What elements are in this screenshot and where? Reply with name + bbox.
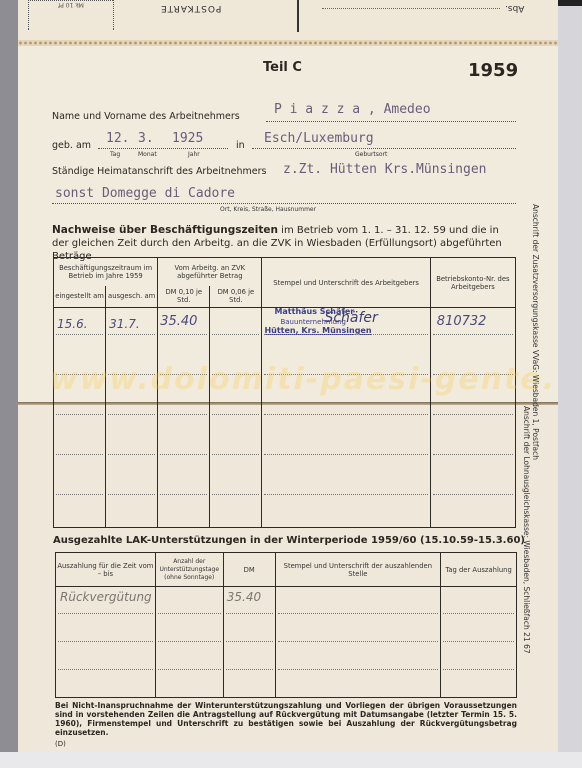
cell-hired: 15.6. [54, 308, 106, 528]
sender-label: Abs. [505, 3, 524, 13]
address-caption: Ort, Kreis, Straße, Hausnummer [220, 206, 316, 213]
header-account: Betriebskonto-Nr. des Arbeitgebers [430, 258, 515, 308]
form-code: (D) [55, 740, 66, 748]
address-line2: sonst Domegge di Cadore [55, 186, 235, 201]
account-value: 810732 [437, 318, 487, 326]
winter-cell-dm: 35.40 [223, 587, 275, 698]
side-text-zvk-address: Anschrift der Zusatzversorgungskasse VVa… [531, 204, 540, 460]
cell-dm006 [210, 308, 262, 528]
header-dm010: DM 0,10 je Std. [158, 286, 210, 308]
caption-year: Jahr [188, 151, 200, 158]
winter-table: Auszahlung für die Zeit vom – bis Anzahl… [55, 552, 517, 698]
cell-dm010: 35.40 [158, 308, 210, 528]
cell-stamp: Matthäus Schäfer Bauunternehmung Hütten,… [262, 308, 430, 528]
flap-divider [297, 0, 299, 32]
postage-stamp-box: Mk 10 Pf [28, 0, 114, 30]
winter-cell-date [441, 587, 517, 698]
header-hired: eingestellt am [54, 286, 106, 308]
cell-account: 810732 [430, 308, 515, 528]
winter-header-date: Tag der Auszahlung [441, 553, 517, 587]
address-line1: z.Zt. Hütten Krs.Münsingen [283, 162, 487, 177]
winter-header-stamp: Stempel und Unterschrift der auszahlende… [275, 553, 441, 587]
birthplace-caption: Geburtsort [355, 151, 387, 158]
employment-title-bold: Nachweise über Beschäftigungszeiten [52, 224, 278, 236]
birthplace-field: Esch/Luxemburg [252, 131, 516, 149]
hired-value: 15.6. [57, 320, 88, 328]
sender-line [322, 8, 500, 9]
birth-month: 3. [138, 131, 154, 146]
birthplace-value: Esch/Luxemburg [264, 131, 374, 146]
background-bottom [0, 752, 582, 768]
left-value: 31.7. [109, 320, 140, 328]
caption-day: Tag [110, 151, 120, 158]
winter-cell-period: Rückvergütung [56, 587, 156, 698]
header-stamp: Stempel und Unterschrift des Arbeitgeber… [262, 258, 430, 308]
background-corner [556, 0, 582, 6]
winter-header-period: Auszahlung für die Zeit vom – bis [56, 553, 156, 587]
winter-header-dm: DM [223, 553, 275, 587]
side-text-lak-address: Anschrift der Lohnausgleichskasse: Wiesb… [522, 406, 531, 654]
address-line2-field: sonst Domegge di Cadore [52, 188, 516, 204]
winter-header-days: Anzahl der Unterstützungstage (ohne Sonn… [155, 553, 223, 587]
address-label: Ständige Heimatanschrift des Arbeitnehme… [52, 166, 266, 177]
form-year: 1959 [468, 60, 518, 81]
background-right-edge [556, 0, 582, 768]
caption-month: Monat [138, 151, 157, 158]
birth-label: geb. am [52, 140, 91, 151]
name-field: P i a z z a , Amedeo [266, 102, 516, 122]
winter-cell-days [155, 587, 223, 698]
birth-date-field: 12. 3. 1925 [98, 131, 228, 149]
birthplace-in-label: in [236, 140, 245, 151]
winter-footnote: Bei Nicht-Inanspruchnahme der Winterunte… [55, 701, 517, 737]
header-left: ausgesch. am [106, 286, 158, 308]
birth-day: 12. [106, 131, 129, 146]
part-label: Teil C [263, 60, 302, 75]
name-label: Name und Vorname des Arbeitnehmers [52, 111, 240, 122]
table-row: Rückvergütung 35.40 [56, 587, 517, 698]
watermark: www.dolomiti-paesi-gente. [50, 362, 556, 397]
winter-cell-stamp [275, 587, 441, 698]
name-value: P i a z z a , Amedeo [274, 102, 431, 117]
postcard-title: POSTKARTE [160, 3, 221, 13]
cell-left: 31.7. [106, 308, 158, 528]
header-period-group: Beschäftigungszeitraum im Betrieb im Jah… [54, 258, 158, 286]
employer-signature: Schäfer [324, 314, 377, 322]
winter-dm-value: 35.40 [227, 593, 261, 601]
header-amount-group: Vom Arbeitg. an ZVK abgeführter Betrag [158, 258, 262, 286]
background-left-edge [0, 0, 18, 768]
birth-year: 1925 [172, 131, 203, 146]
winter-section-title: Ausgezahlte LAK-Unterstützungen in der W… [53, 535, 525, 546]
winter-period-value: Rückvergütung [60, 593, 152, 601]
header-dm006: DM 0,06 je Std. [210, 286, 262, 308]
table-row: 15.6. 31.7. 35.40 Matthäus Schäfer Bauun… [54, 308, 516, 528]
dm010-value: 35.40 [160, 318, 197, 326]
